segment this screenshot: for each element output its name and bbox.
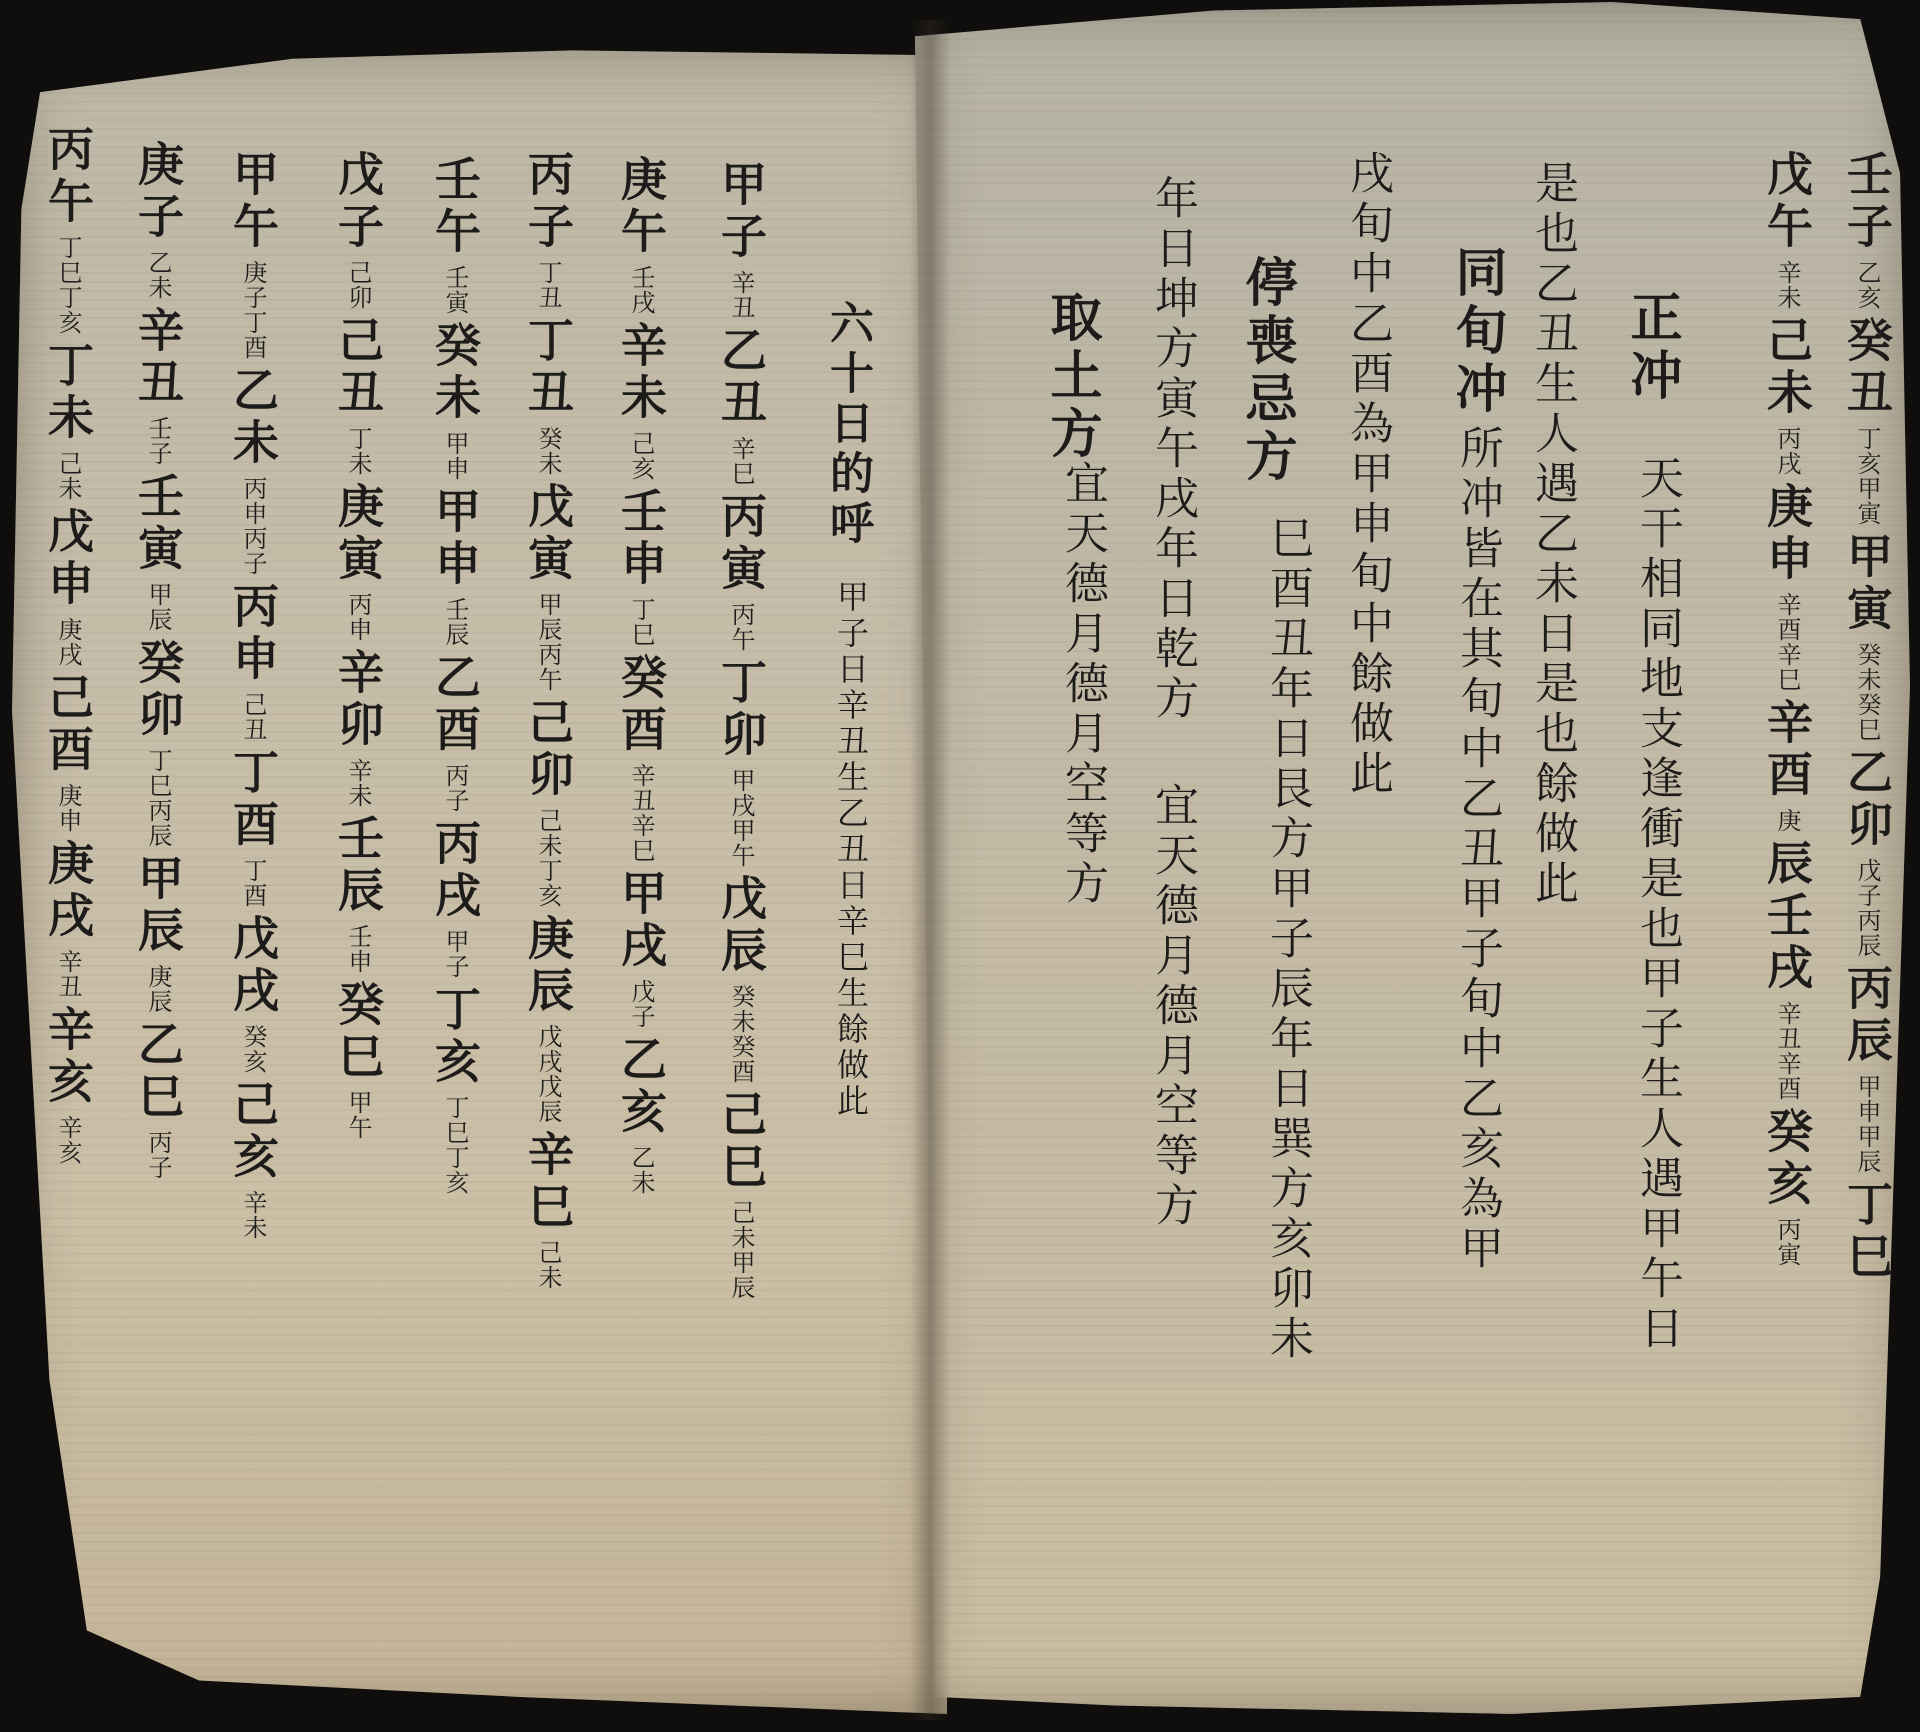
ganzhi-annotation: 丙午 [728,602,754,652]
ganzhi-main: 壬寅 [135,472,181,576]
heading-tong-xun-chong: 同旬冲 [1450,245,1502,419]
ganzhi-annotation: 己卯 [345,260,371,310]
ganzhi-main: 丙午 [45,125,91,229]
heading-ting-sang-ji-fang: 停喪忌方 [1240,255,1292,487]
ganzhi-main: 辛巳 [525,1130,571,1234]
ganzhi-main: 甲申 [432,487,478,591]
ganzhi-main: 癸巳 [335,980,381,1084]
ganzhi-main: 戊午 [1764,150,1810,254]
ganzhi-main: 癸未 [432,321,478,425]
ganzhi-annotation: 丁亥丁巳 [55,235,81,335]
ganzhi-main: 癸卯 [135,638,181,742]
ganzhi-annotation: 辛巳 [728,436,754,486]
ganzhi-annotation: 丙午甲辰 [535,592,561,692]
right-col-2: 戊午辛未己未丙戌庚申辛巳辛酉辛酉庚辰壬戌辛酉辛丑癸亥丙寅 [1764,150,1810,1273]
ganzhi-main: 甲辰 [135,854,181,958]
ganzhi-main: 戊申 [45,507,91,611]
ganzhi-main: 丙寅 [718,492,764,596]
ganzhi-annotation: 丙子丙申 [240,476,266,576]
ganzhi-main: 辛丑 [135,306,181,410]
ganzhi-annotation: 癸巳癸未 [1854,642,1880,742]
ganzhi-annotation: 庚申 [55,783,81,833]
left-col-5: 戊子己卯己丑丁未庚寅丙申辛卯辛未壬辰壬申癸巳甲午 [335,150,381,1146]
ganzhi-annotation: 丁丑 [535,260,561,310]
zheng-chong-text: 天干相同地支逢衝是也甲子生人遇甲午日 [1635,455,1679,1355]
ting-sang-text: 巳酉丑年日艮方甲子辰年日巽方亥卯未 [1265,515,1309,1365]
ganzhi-annotation: 己丑 [240,692,266,742]
ganzhi-annotation: 甲申 [442,431,468,481]
ganzhi-main: 壬午 [432,155,478,259]
ganzhi-main: 癸酉 [618,653,664,757]
ganzhi-main: 壬申 [618,487,664,591]
ganzhi-annotation: 丙申 [345,592,371,642]
ganzhi-annotation: 甲辰 [145,582,171,632]
ganzhi-main: 戊寅 [525,482,571,586]
ganzhi-main: 甲戌 [618,869,664,973]
ganzhi-annotation: 辛未 [1774,260,1800,310]
ganzhi-annotation: 甲子 [442,929,468,979]
ganzhi-annotation: 壬申 [345,924,371,974]
ganzhi-main: 乙卯 [1844,748,1890,852]
ganzhi-main: 乙巳 [135,1020,181,1124]
ganzhi-annotation: 辛亥 [55,1115,81,1165]
left-col-8: 丙午丁亥丁巳丁未己未戊申庚戌己酉庚申庚戌辛丑辛亥辛亥 [45,125,91,1171]
ganzhi-main: 己丑 [335,316,381,420]
ganzhi-annotation: 丙寅 [1774,1217,1800,1267]
ganzhi-annotation: 丁亥己未 [535,808,561,908]
ganzhi-annotation: 丁巳 [628,597,654,647]
ganzhi-main: 甲寅 [1844,532,1890,636]
ganzhi-main: 丁亥 [432,985,478,1089]
left-col-1: 甲子辛丑乙丑辛巳丙寅丙午丁卯甲午甲戌戊辰癸酉癸未己巳甲辰己未 [718,160,764,1306]
ganzhi-main: 甲子 [718,160,764,264]
right-text-col-4: 是也乙丑生人遇乙未日是也餘做此 [1530,160,1574,910]
right-text-col-8: 年日坤方寅午戌年日乾方 宜天德月德月空等方 [1150,175,1194,1232]
ganzhi-main: 丙子 [525,150,571,254]
ganzhi-annotation: 庚 [1774,808,1800,833]
ganzhi-main: 丁巳 [1844,1180,1890,1284]
ganzhi-main: 丁丑 [525,316,571,420]
ganzhi-main: 庚子 [135,140,181,244]
ganzhi-main: 辛亥 [45,1005,91,1109]
ganzhi-main: 壬子 [1844,150,1890,254]
ganzhi-main: 丙申 [230,582,276,686]
ganzhi-annotation: 丁酉 [240,858,266,908]
ganzhi-annotation: 丙子 [442,763,468,813]
ganzhi-main: 戊戌 [230,914,276,1018]
ganzhi-main: 辛酉 [1764,698,1810,802]
book-fold [910,20,950,1720]
qu-tu-fang-text: 宜天德月德月空等方 [1060,460,1104,910]
left-col-2: 庚午壬戌辛未己亥壬申丁巳癸酉辛巳辛丑甲戌戊子乙亥乙未 [618,155,664,1201]
ganzhi-main: 戊辰 [718,874,764,978]
ganzhi-annotation: 癸酉癸未 [728,984,754,1084]
ganzhi-main: 己亥 [230,1080,276,1184]
ganzhi-annotation: 己未 [55,451,81,501]
right-col-1: 壬子乙亥癸丑甲寅丁亥甲寅癸巳癸未乙卯丙辰戊子丙辰甲辰甲申丁巳 [1844,150,1890,1284]
ganzhi-annotation: 丙辰戊子 [1854,858,1880,958]
ganzhi-annotation: 辛巳辛酉 [1774,592,1800,692]
left-col-3: 丙子丁丑丁丑癸未戊寅丙午甲辰己卯丁亥己未庚辰戊辰戊戌辛巳己未 [525,150,571,1296]
ganzhi-annotation: 壬戌 [628,265,654,315]
ganzhi-main: 甲午 [230,150,276,254]
ganzhi-annotation: 辛未 [240,1190,266,1240]
ganzhi-main: 辛卯 [335,648,381,752]
ganzhi-main: 庚寅 [335,482,381,586]
ganzhi-annotation: 辛丑 [728,270,754,320]
ganzhi-main: 丁未 [45,341,91,445]
ganzhi-annotation: 癸亥 [240,1024,266,1074]
ganzhi-main: 乙未 [230,366,276,470]
ganzhi-annotation: 己亥 [628,431,654,481]
ganzhi-annotation: 甲午甲戌 [728,768,754,868]
left-page-title: 六十日的呼 [825,300,869,550]
ganzhi-annotation: 己未 [535,1240,561,1290]
tong-xun-chong-text: 所冲皆在其旬中乙丑甲子旬中乙亥為甲 [1455,425,1499,1275]
ganzhi-annotation: 丙子 [145,1130,171,1180]
ganzhi-annotation: 戊辰戊戌 [535,1024,561,1124]
left-col-6: 甲午丁酉庚子乙未丙子丙申丙申己丑丁酉丁酉戊戌癸亥己亥辛未 [230,150,276,1246]
ganzhi-main: 戊子 [335,150,381,254]
heading-zheng-chong: 正冲 [1625,290,1677,406]
ganzhi-main: 庚戌 [45,839,91,943]
ganzhi-annotation: 戊子 [628,979,654,1029]
ganzhi-main: 己未 [1764,316,1810,420]
ganzhi-annotation: 壬辰 [442,597,468,647]
ganzhi-annotation: 辛巳辛丑 [628,763,654,863]
ganzhi-main: 丙戌 [432,819,478,923]
left-col-7: 庚子乙未辛丑壬子壬寅甲辰癸卯丙辰丁巳甲辰庚辰乙巳丙子 [135,140,181,1186]
ganzhi-main: 乙亥 [618,1035,664,1139]
ganzhi-main: 辛未 [618,321,664,425]
ganzhi-annotation: 庚戌 [55,617,81,667]
ganzhi-main: 癸亥 [1764,1107,1810,1211]
ganzhi-annotation: 丁未 [345,426,371,476]
ganzhi-annotation: 丙戌 [1774,426,1800,476]
ganzhi-annotation: 壬子 [145,416,171,466]
ganzhi-annotation: 乙未 [145,250,171,300]
ganzhi-annotation: 庚辰 [145,964,171,1014]
heading-qu-tu-fang: 取土方 [1045,290,1097,464]
ganzhi-main: 乙丑 [718,326,764,430]
ganzhi-main: 己卯 [525,698,571,802]
ganzhi-annotation: 丁酉庚子 [240,260,266,360]
ganzhi-main: 丁酉 [230,748,276,852]
ganzhi-annotation: 癸未 [535,426,561,476]
ganzhi-annotation: 壬寅 [442,265,468,315]
ganzhi-annotation: 甲寅丁亥 [1854,426,1880,526]
ganzhi-annotation: 辛丑 [55,949,81,999]
ganzhi-annotation: 甲辰甲申 [1854,1074,1880,1174]
ganzhi-main: 壬辰 [335,814,381,918]
left-col-4: 壬午壬寅癸未甲申甲申壬辰乙酉丙子丙戌甲子丁亥丁亥丁巳 [432,155,478,1201]
ganzhi-main: 乙酉 [432,653,478,757]
ganzhi-main: 己酉 [45,673,91,777]
ganzhi-main: 丁卯 [718,658,764,762]
ganzhi-annotation: 辛未 [345,758,371,808]
ganzhi-main: 庚申 [1764,482,1810,586]
right-text-col-6: 戌旬中乙酉為甲申旬中餘做此 [1345,150,1389,800]
ganzhi-annotation: 辛酉辛丑 [1774,1001,1800,1101]
ganzhi-main: 辰壬戌 [1764,839,1810,995]
ganzhi-annotation: 丙辰丁巳 [145,748,171,848]
ganzhi-main: 癸丑 [1844,316,1890,420]
ganzhi-annotation: 甲午 [345,1090,371,1140]
ganzhi-main: 庚午 [618,155,664,259]
left-page-note: 甲子日辛丑生乙丑日辛巳生餘做此 [835,580,867,1120]
ganzhi-annotation: 丁亥丁巳 [442,1095,468,1195]
ganzhi-annotation: 乙亥 [1854,260,1880,310]
ganzhi-annotation: 甲辰己未 [728,1200,754,1300]
ganzhi-main: 己巳 [718,1090,764,1194]
ganzhi-main: 庚辰 [525,914,571,1018]
ganzhi-annotation: 乙未 [628,1145,654,1195]
ganzhi-main: 丙辰 [1844,964,1890,1068]
